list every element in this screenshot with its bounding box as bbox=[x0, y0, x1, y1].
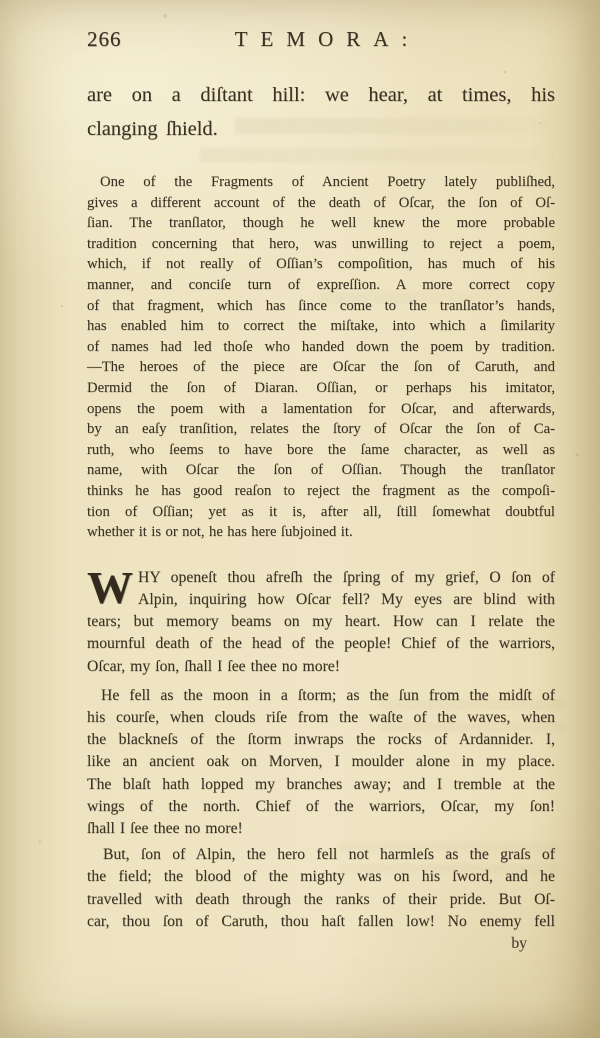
text-line: —The heroes of the piece are Oſcar the ſ… bbox=[87, 357, 555, 378]
text-column: 266 TEMORA: are on a diſtant hill: we he… bbox=[87, 0, 555, 955]
running-head: 266 TEMORA: bbox=[87, 0, 555, 54]
text-line: of names had led thoſe who handed down t… bbox=[87, 337, 555, 358]
text-line: ruth, who ſeems to have bore the ſame ch… bbox=[87, 440, 555, 461]
text-line: The blaſt hath lopped my branches away; … bbox=[87, 774, 555, 796]
text-line: which, if not really of Oſſian’s compoſi… bbox=[87, 254, 555, 275]
text-line: has enabled him to correct the miſtake, … bbox=[87, 316, 555, 337]
text-line: Oſcar, my ſon, ſhall I ſee thee no more! bbox=[87, 656, 555, 678]
text-line: whether it is or not, he has here ſubjoi… bbox=[87, 522, 555, 543]
text-line: gives a different account of the death o… bbox=[87, 193, 555, 214]
text-line: wings of the north. Chief of the warrior… bbox=[87, 796, 555, 818]
book-page-scan: 266 TEMORA: are on a diſtant hill: we he… bbox=[0, 0, 600, 1038]
text-line: One of the Fragments of Ancient Poetry l… bbox=[87, 172, 555, 193]
drop-cap-w: W bbox=[87, 568, 131, 611]
lament-lines: HY openeſt thou afreſh the ſpring of my … bbox=[87, 567, 555, 678]
text-line: Alpin, inquiring how Oſcar fell? My eyes… bbox=[87, 589, 555, 611]
text-line: like an ancient oak on Morven, I moulder… bbox=[87, 751, 555, 773]
text-line: his courſe, when clouds riſe from the wa… bbox=[87, 707, 555, 729]
text-line: clanging ſhield. bbox=[87, 112, 555, 146]
text-line: thinks he has good reaſon to reject the … bbox=[87, 481, 555, 502]
page-number: 266 bbox=[87, 27, 122, 52]
footnote-paragraph: One of the Fragments of Ancient Poetry l… bbox=[87, 172, 555, 543]
opening-paragraph: are on a diſtant hill: we hear, at times… bbox=[87, 78, 555, 146]
text-line: are on a diſtant hill: we hear, at times… bbox=[87, 78, 555, 112]
text-line: HY openeſt thou afreſh the ſpring of my … bbox=[87, 567, 555, 589]
text-line: ſian. The tranſlator, though he well kne… bbox=[87, 213, 555, 234]
text-line: manner, and conciſe turn of expreſſion. … bbox=[87, 275, 555, 296]
text-line: opens the poem with a lamentation for Oſ… bbox=[87, 399, 555, 420]
text-line: name, with Oſcar the ſon of Oſſian. Thou… bbox=[87, 460, 555, 481]
running-title: TEMORA: bbox=[87, 27, 555, 52]
catchword-row: by bbox=[87, 933, 555, 955]
moon-paragraph: He fell as the moon in a ſtorm; as the ſ… bbox=[87, 685, 555, 840]
lament-paragraph: W HY openeſt thou afreſh the ſpring of m… bbox=[87, 567, 555, 678]
text-line: of that fragment, which has ſince come t… bbox=[87, 296, 555, 317]
text-line: the field; the blood of the mighty was o… bbox=[87, 866, 555, 888]
text-line: the blackneſs of the ſtorm inwraps the r… bbox=[87, 729, 555, 751]
text-line: ſhall I ſee thee no more! bbox=[87, 818, 555, 840]
text-line: tears; but memory beams on my heart. How… bbox=[87, 611, 555, 633]
text-line: But, ſon of Alpin, the hero fell not har… bbox=[87, 844, 555, 866]
text-line: He fell as the moon in a ſtorm; as the ſ… bbox=[87, 685, 555, 707]
text-line: car, thou ſon of Caruth, thou haſt falle… bbox=[87, 911, 555, 933]
text-line: travelled with death through the ranks o… bbox=[87, 889, 555, 911]
text-line: mournful death of the head of the people… bbox=[87, 633, 555, 655]
text-line: tradition concerning that hero, was unwi… bbox=[87, 234, 555, 255]
final-paragraph: But, ſon of Alpin, the hero fell not har… bbox=[87, 844, 555, 933]
catchword: by bbox=[511, 935, 527, 952]
text-line: Dermid the ſon of Diaran. Oſſian, or per… bbox=[87, 378, 555, 399]
text-line: by an eaſy tranſition, relates the ſtory… bbox=[87, 419, 555, 440]
text-line: tion of Oſſian; yet as it is, after all,… bbox=[87, 502, 555, 523]
